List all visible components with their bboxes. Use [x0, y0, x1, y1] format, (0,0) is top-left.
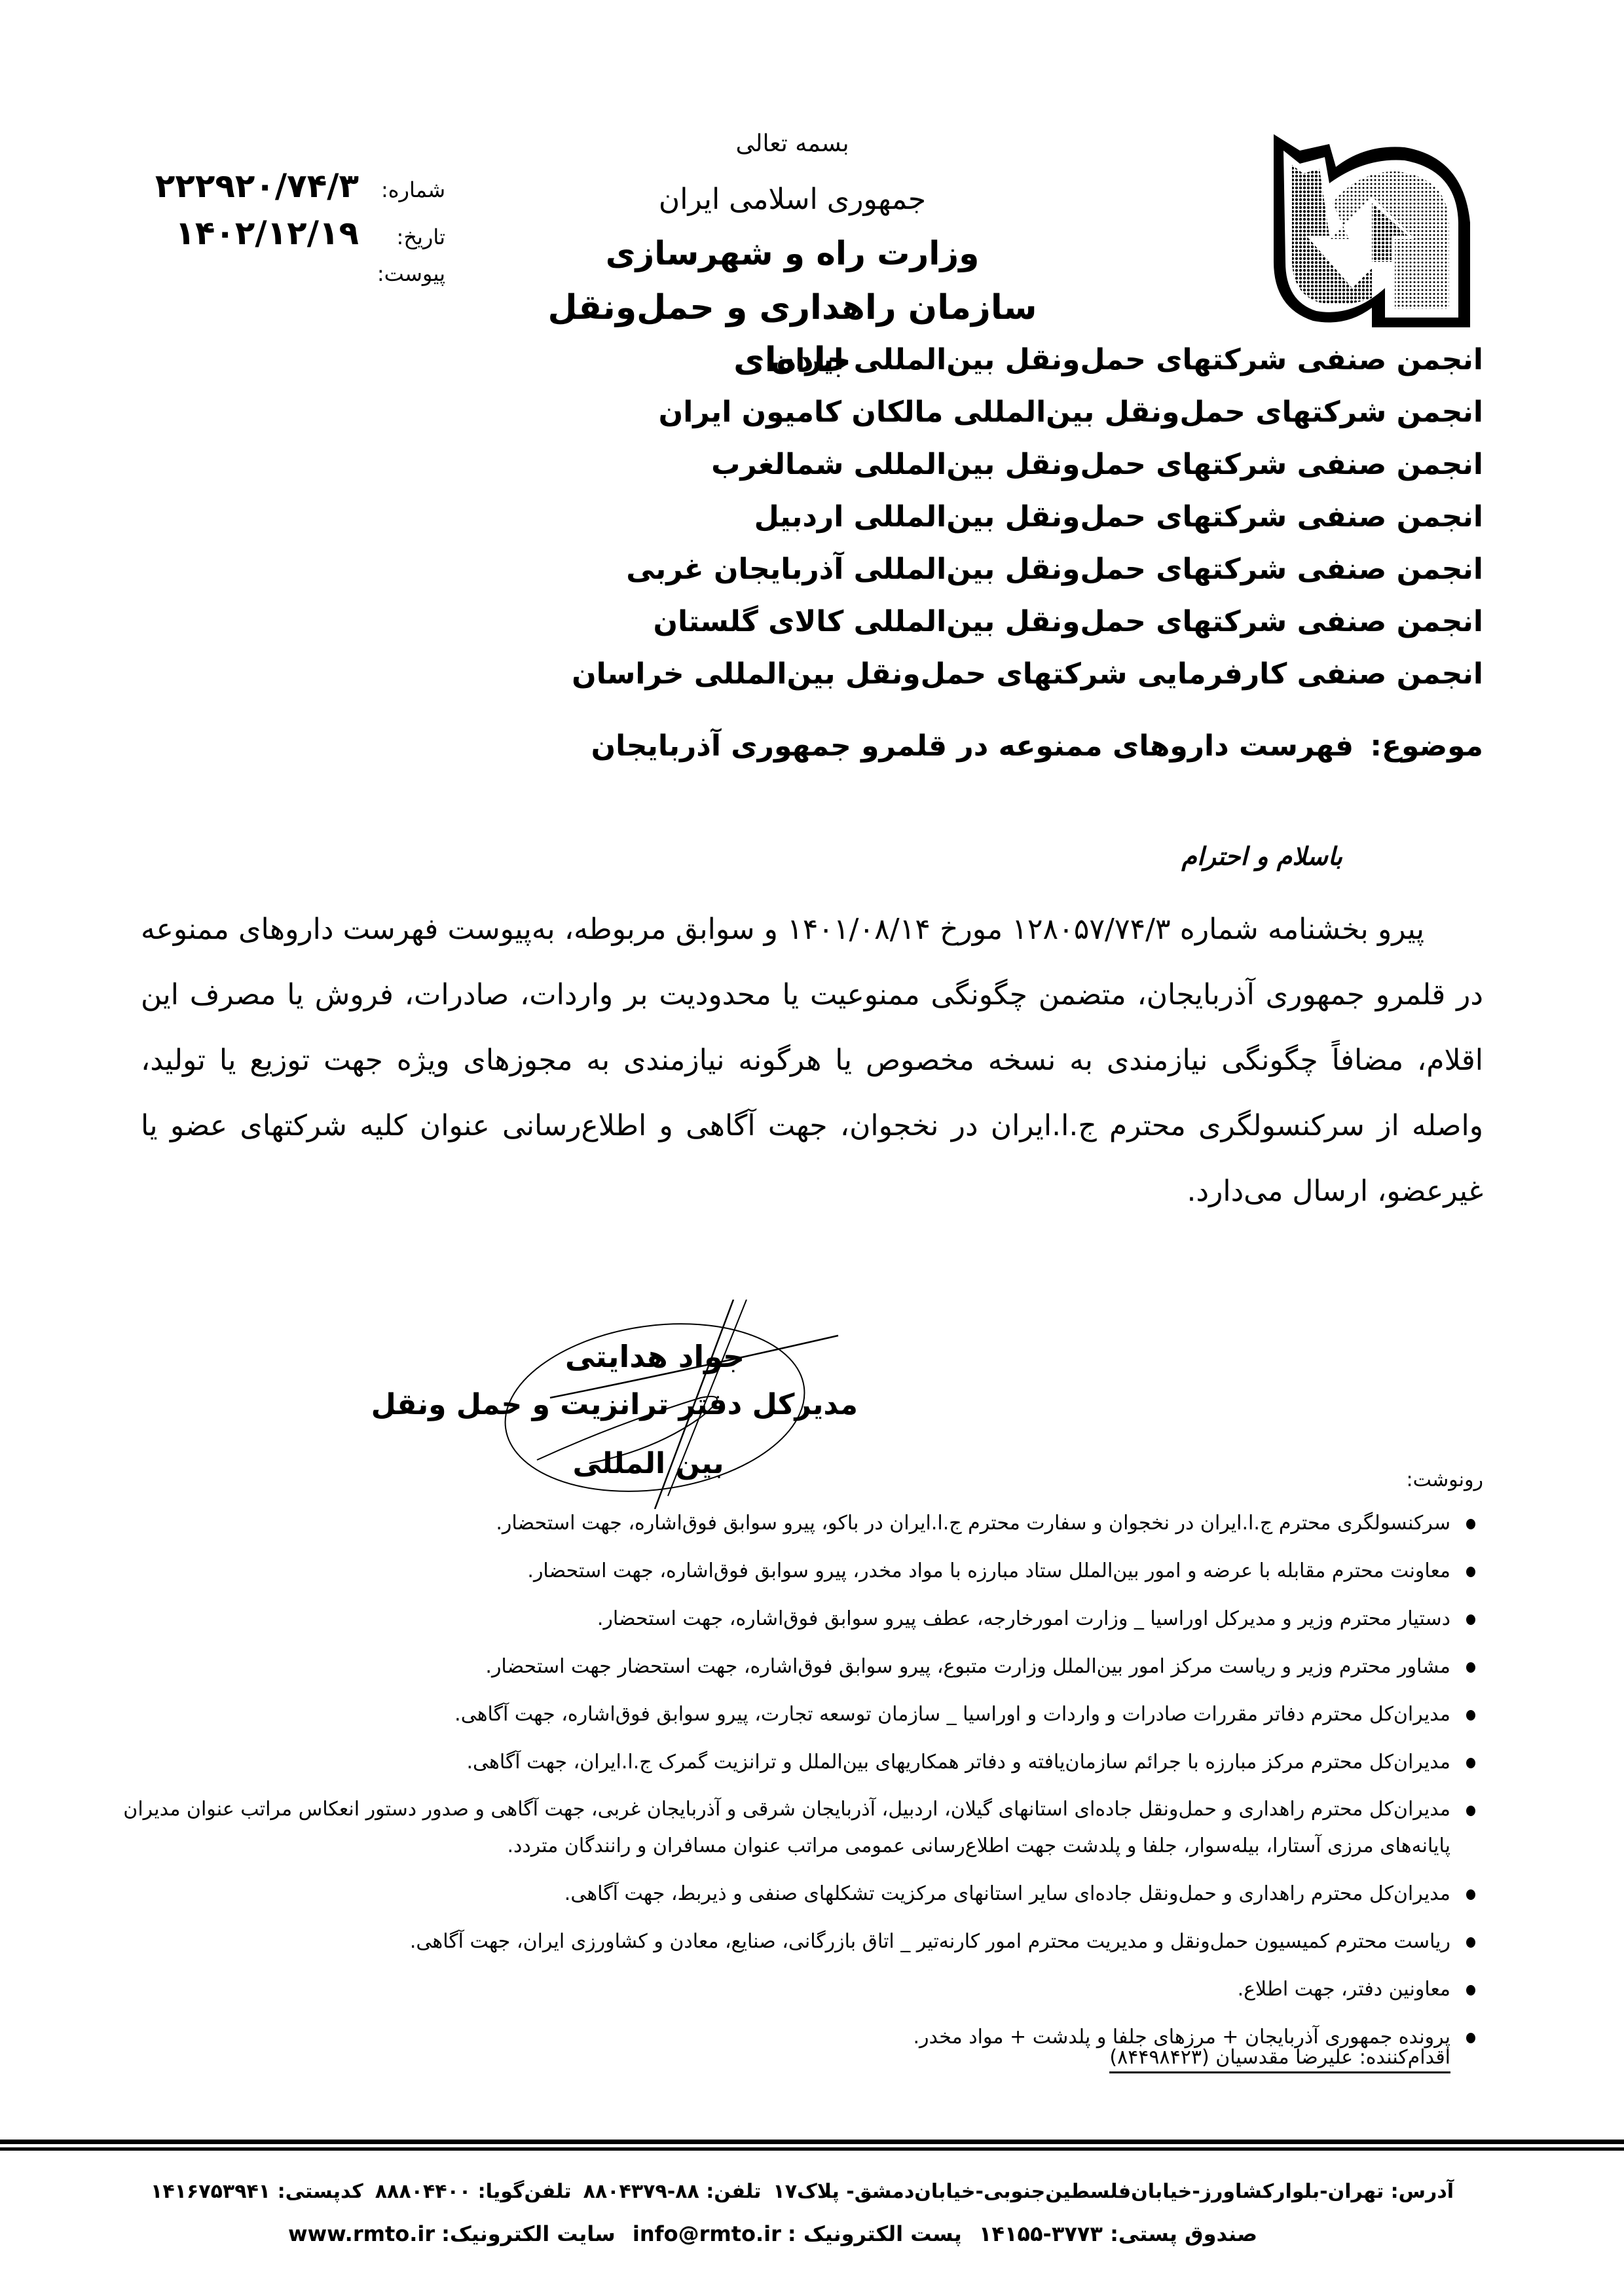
cc-item: ریاست محترم کمیسیون حمل‌ونقل و مدیریت مح…	[108, 1918, 1483, 1965]
footer-website-link[interactable]: www.rmto.ir	[288, 2221, 435, 2246]
footer-address: آدرس: تهران-بلوارکشاورز-خیابان‌فلسطین‌جن…	[773, 2180, 1454, 2203]
republic-name: جمهوری اسلامی ایران	[498, 177, 1087, 223]
date-label: تاریخ:	[367, 225, 445, 249]
recipient: انجمن صنفی شرکتهای حمل‌ونقل بین‌المللی آ…	[239, 543, 1483, 596]
letter-date: تاریخ: ۱۴۰۲/۱۲/۱۹	[118, 214, 445, 261]
signer-title: مدیرکل دفتر ترانزیت و حمل ونقل	[439, 1388, 858, 1421]
footer-po-box: صندوق پستی: ۳۷۷۳-۱۴۱۵۵	[979, 2221, 1257, 2246]
footer-phone: تلفن: ۸۸-۸۸۰۴۳۷۹	[583, 2180, 762, 2203]
attachment-label: پیوست:	[367, 261, 445, 286]
footer-divider	[0, 2140, 1624, 2154]
cc-item: مدیران‌کل محترم راهداری و حمل‌ونقل جاده‌…	[108, 1786, 1483, 1870]
letter-body: پیرو بخشنامه شماره ۱۲۸۰۵۷/۷۴/۳ مورخ ۱۴۰۱…	[141, 897, 1483, 1224]
recipients-list: انجمن صنفی شرکتهای حمل‌ونقل بین‌المللی ا…	[239, 334, 1483, 701]
number-label: شماره:	[367, 177, 445, 202]
recipient: انجمن شرکتهای حمل‌ونقل بین‌المللی مالکان…	[239, 386, 1483, 439]
subject-label: موضوع:	[1370, 729, 1483, 763]
footer-web-line: صندوق پستی: ۳۷۷۳-۱۴۱۵۵ پست الکترونیک : i…	[288, 2221, 1257, 2246]
footer-contact-line: آدرس: تهران-بلوارکشاورز-خیابان‌فلسطین‌جن…	[151, 2180, 1454, 2203]
cc-item: مدیران‌کل محترم راهداری و حمل‌ونقل جاده‌…	[108, 1870, 1483, 1918]
letter-number: شماره: ۲۲۲۹۲۰/۷۴/۳	[118, 167, 445, 214]
number-value: ۲۲۲۹۲۰/۷۴/۳	[155, 167, 359, 205]
cc-item: دستیار محترم وزیر و مدیرکل اوراسیا _ وزا…	[108, 1595, 1483, 1643]
footer-website-group: سایت الکترونیک: www.rmto.ir	[288, 2221, 616, 2246]
date-value: ۱۴۰۲/۱۲/۱۹	[175, 214, 359, 252]
footer-divider-thick	[0, 2140, 1624, 2144]
signer-title-line2: بین المللی	[537, 1447, 760, 1480]
footer-email-label: پست الکترونیک :	[788, 2221, 962, 2246]
subject-line: موضوع: فهرست داروهای ممنوعه در قلمرو جمه…	[591, 723, 1483, 769]
letter-meta: شماره: ۲۲۲۹۲۰/۷۴/۳ تاریخ: ۱۴۰۲/۱۲/۱۹ پیو…	[118, 167, 445, 308]
cc-item: معاونین دفتر، جهت اطلاع.	[108, 1965, 1483, 2013]
signer-name: جواد هدایتی	[530, 1339, 779, 1374]
cc-item: مدیران‌کل محترم دفاتر مقررات صادرات و وا…	[108, 1690, 1483, 1738]
recipient: انجمن صنفی شرکتهای حمل‌ونقل بین‌المللی ک…	[239, 596, 1483, 648]
bismillah: بسمه تعالی	[498, 124, 1087, 164]
cc-list: سرکنسولگری محترم ج.ا.ایران در نخجوان و س…	[108, 1499, 1483, 2061]
letter-attachment: پیوست:	[118, 261, 445, 308]
cc-item: سرکنسولگری محترم ج.ا.ایران در نخجوان و س…	[108, 1499, 1483, 1547]
signature-stamp: جواد هدایتی مدیرکل دفتر ترانزیت و حمل ون…	[419, 1300, 891, 1509]
greeting: باسلام و احترام	[1181, 841, 1342, 871]
recipient: انجمن صنفی شرکتهای حمل‌ونقل بین‌المللی ش…	[239, 439, 1483, 491]
footer-website-label: سایت الکترونیک:	[441, 2221, 616, 2246]
subject-text: فهرست داروهای ممنوعه در قلمرو جمهوری آذر…	[591, 729, 1354, 763]
footer-email-link[interactable]: info@rmto.ir	[633, 2221, 781, 2246]
recipient: انجمن صنفی کارفرمایی شرکتهای حمل‌ونقل بی…	[239, 648, 1483, 701]
footer-postal-code: کدپستی: ۱۴۱۶۷۵۳۹۴۱	[151, 2180, 363, 2203]
ministry-name: وزارت راه و شهرسازی	[498, 229, 1087, 278]
rmto-logo-icon	[1267, 131, 1483, 347]
footer-phone-speaking: تلفن‌گویا: ۸۸۸۰۴۴۰۰	[375, 2180, 572, 2203]
recipient: انجمن صنفی شرکتهای حمل‌ونقل بین‌المللی ا…	[239, 334, 1483, 386]
cc-item: مشاور محترم وزیر و ریاست مرکز امور بین‌ا…	[108, 1643, 1483, 1690]
cc-label: رونوشت:	[1406, 1468, 1483, 1491]
footer-divider-thin	[0, 2147, 1624, 2151]
cc-item: معاونت محترم مقابله با عرضه و امور بین‌ا…	[108, 1547, 1483, 1595]
footer-email-group: پست الکترونیک : info@rmto.ir	[633, 2221, 962, 2246]
recipient: انجمن صنفی شرکتهای حمل‌ونقل بین‌المللی ا…	[239, 491, 1483, 543]
cc-item: مدیران‌کل محترم مرکز مبارزه با جرائم ساز…	[108, 1738, 1483, 1786]
prepared-by: اقدام‌کننده: علیرضا مقدسیان (۸۴۴۹۸۴۲۳)	[1109, 2046, 1450, 2073]
